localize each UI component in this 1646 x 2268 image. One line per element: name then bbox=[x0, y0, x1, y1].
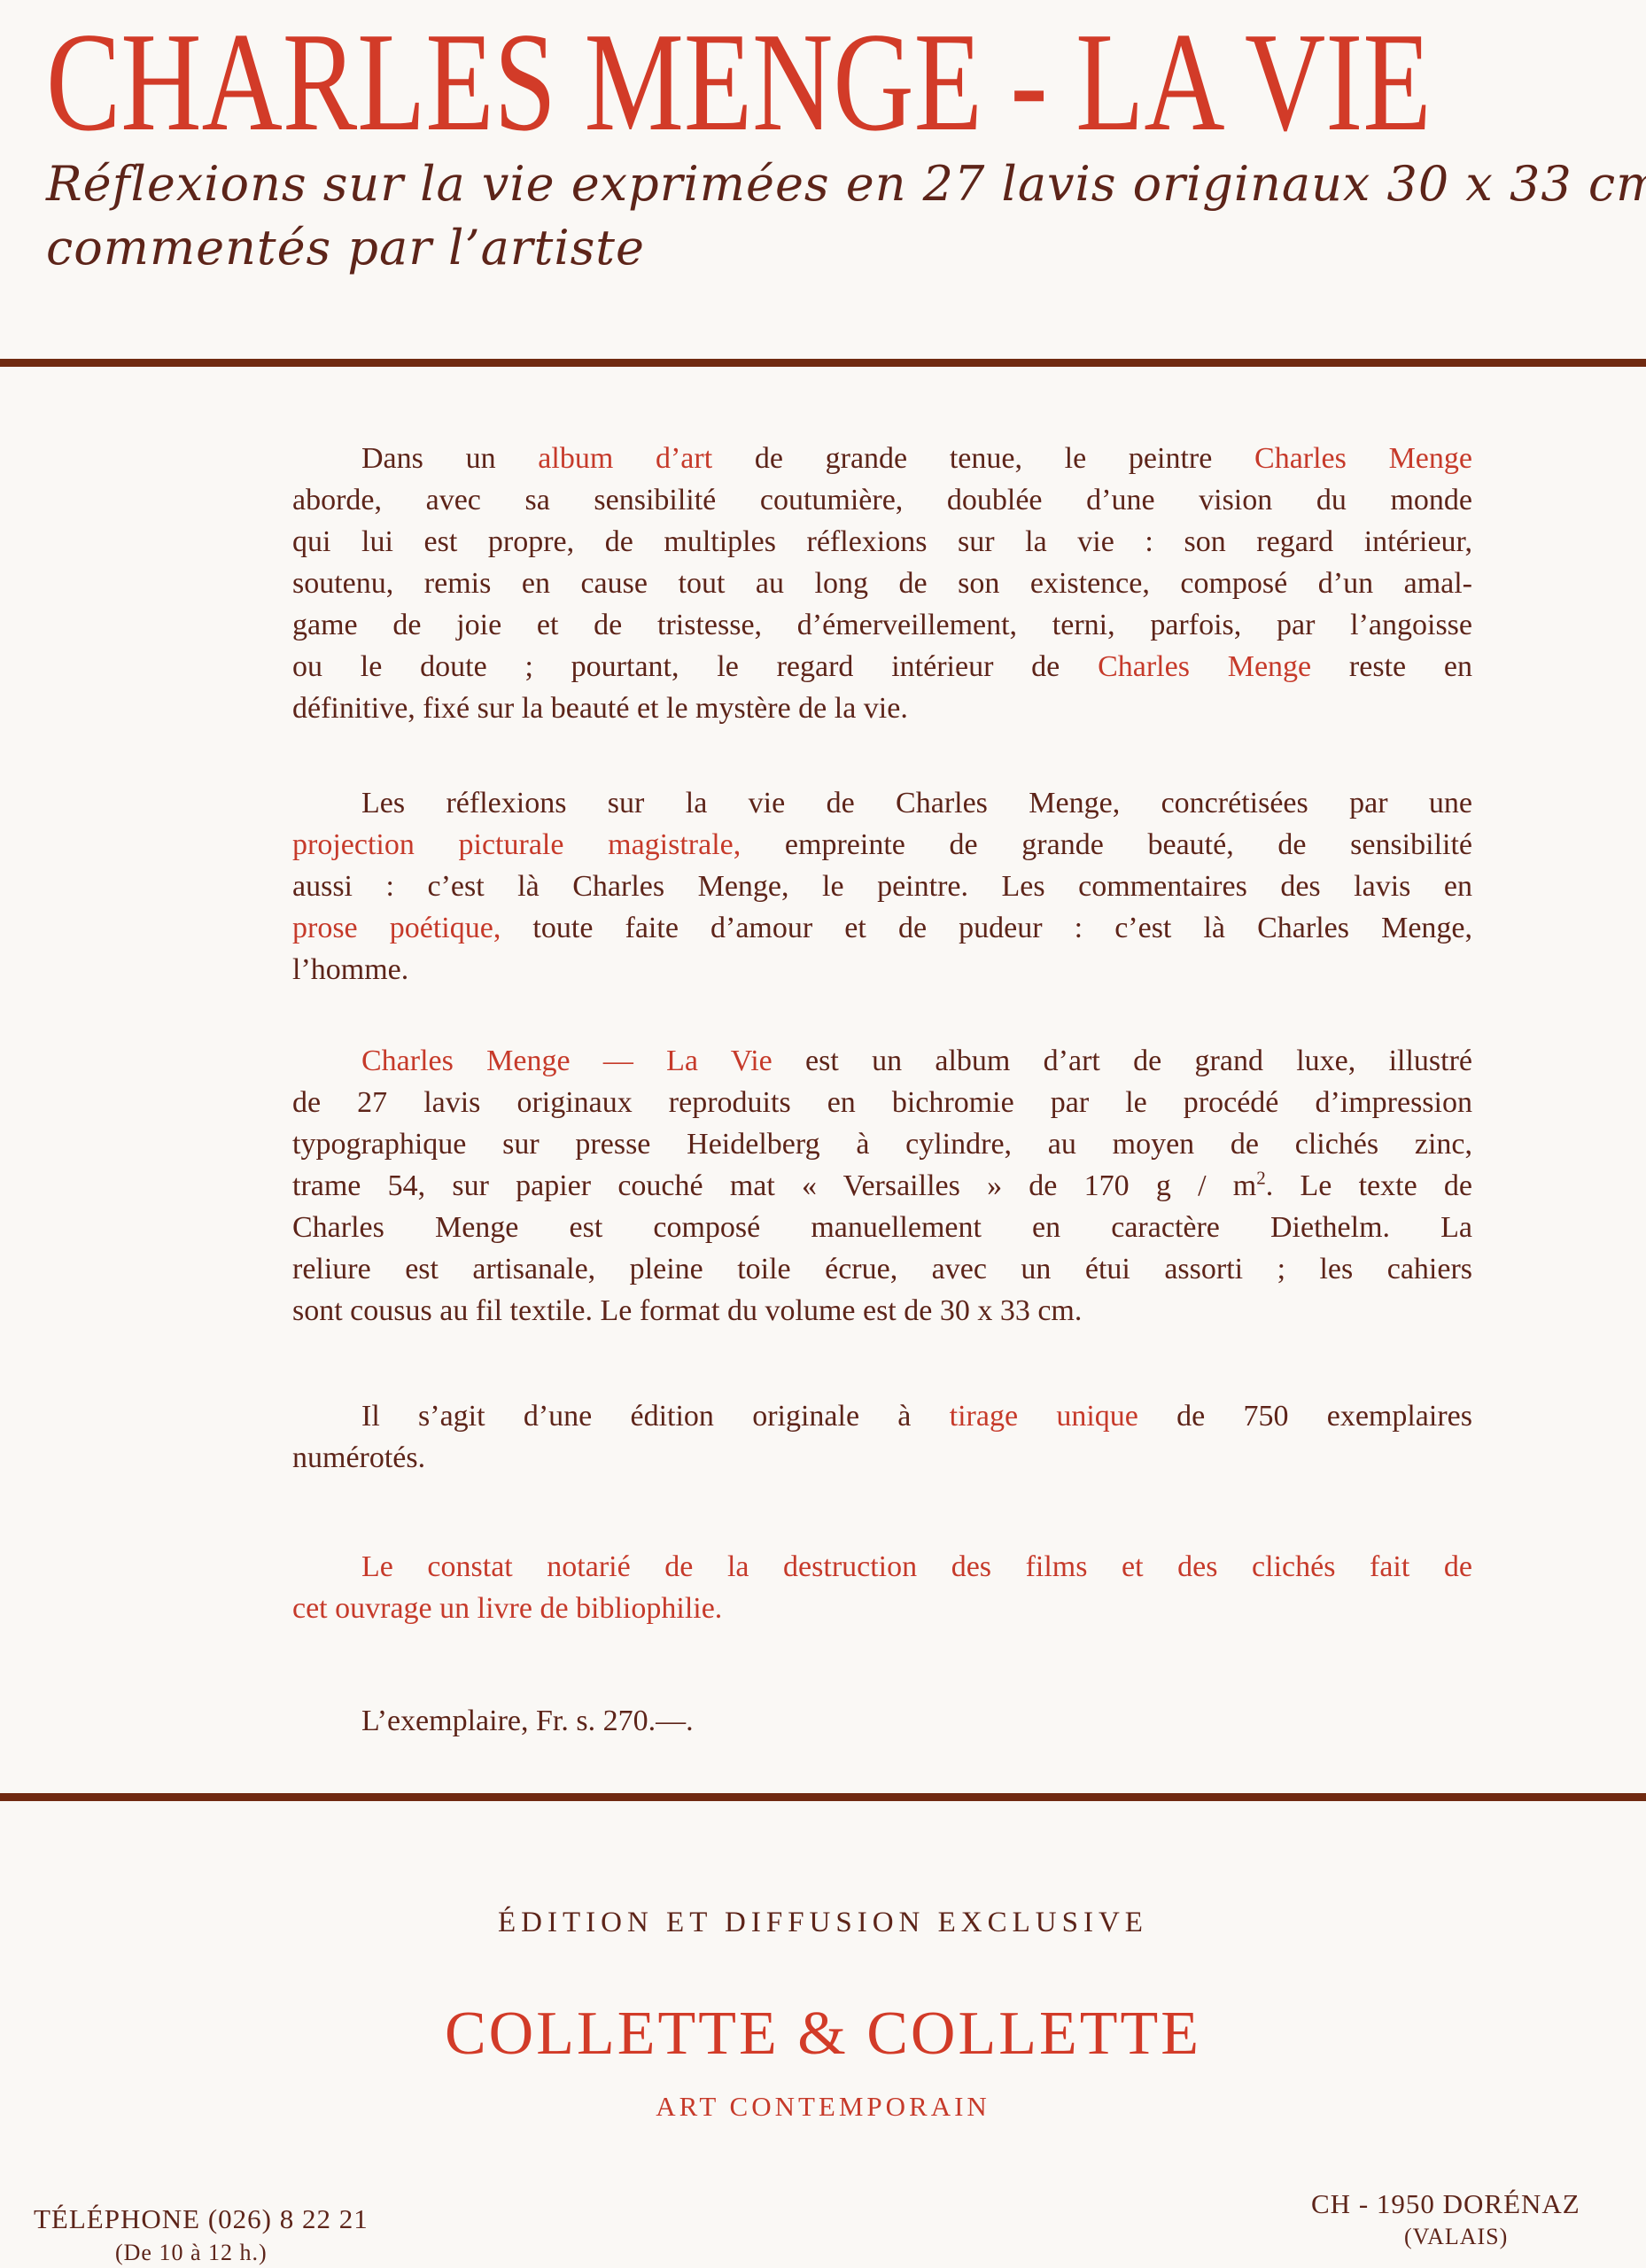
text-line: Les réflexions sur la vie de Charles Men… bbox=[292, 782, 1472, 824]
highlight-text: Le constat notarié de la destruction des… bbox=[361, 1550, 1472, 1583]
footer-region: (VALAIS) bbox=[1404, 2224, 1508, 2250]
text-line: Dans un album d’art de grande tenue, le … bbox=[292, 438, 1472, 479]
body-text: aussi : c’est là Charles Menge, le peint… bbox=[292, 870, 1472, 903]
body-text: Il s’agit d’une édition originale à bbox=[361, 1400, 950, 1433]
highlight-text: album d’art bbox=[538, 442, 712, 475]
paragraph: Charles Menge — La Vie est un album d’ar… bbox=[292, 1040, 1472, 1332]
page-title: CHARLES MENGE - LA VIE bbox=[46, 7, 1432, 156]
highlight-text: Charles Menge bbox=[1254, 442, 1472, 475]
text-line: soutenu, remis en cause tout au long de … bbox=[292, 563, 1472, 604]
body-text: est un album d’art de grand luxe, illust… bbox=[773, 1045, 1472, 1077]
highlight-text: Charles Menge — La Vie bbox=[361, 1045, 773, 1077]
text-line: Charles Menge est composé manuellement e… bbox=[292, 1207, 1472, 1248]
publisher-tagline: ART CONTEMPORAIN bbox=[0, 2091, 1646, 2123]
publisher-name: COLLETTE & COLLETTE bbox=[0, 1999, 1646, 2070]
body-text: qui lui est propre, de multiples réflexi… bbox=[292, 525, 1472, 558]
text-line: aborde, avec sa sensibilité coutumière, … bbox=[292, 479, 1472, 521]
body-text: . Le texte de bbox=[1266, 1169, 1472, 1202]
body-text: définitive, fixé sur la beauté et le mys… bbox=[292, 692, 908, 725]
bottom-rule bbox=[0, 1793, 1646, 1801]
body-text: ou le doute ; pourtant, le regard intéri… bbox=[292, 650, 1098, 683]
text-line: ou le doute ; pourtant, le regard intéri… bbox=[292, 646, 1472, 687]
body-text: reste en bbox=[1311, 650, 1472, 683]
highlight-text: cet ouvrage un livre de bibliophilie. bbox=[292, 1592, 722, 1625]
highlight-text: prose poétique, bbox=[292, 912, 501, 944]
subtitle-line-1: Réflexions sur la vie exprimées en 27 la… bbox=[46, 152, 1646, 216]
paragraph: Il s’agit d’une édition originale à tira… bbox=[292, 1395, 1472, 1479]
body-text: de grande tenue, le peintre bbox=[712, 442, 1254, 475]
text-line: numérotés. bbox=[292, 1437, 1472, 1479]
body-text: empreinte de grande beauté, de sensibili… bbox=[741, 828, 1472, 861]
body-paragraphs: Dans un album d’art de grande tenue, le … bbox=[292, 438, 1472, 1742]
text-line: prose poétique, toute faite d’amour et d… bbox=[292, 907, 1472, 949]
top-rule bbox=[0, 359, 1646, 367]
body-text: game de joie et de tristesse, d’émerveil… bbox=[292, 609, 1472, 641]
text-line: cet ouvrage un livre de bibliophilie. bbox=[292, 1588, 1472, 1629]
text-line: aussi : c’est là Charles Menge, le peint… bbox=[292, 866, 1472, 907]
publisher-heading: ÉDITION ET DIFFUSION EXCLUSIVE bbox=[0, 1907, 1646, 1939]
text-line: typographique sur presse Heidelberg à cy… bbox=[292, 1123, 1472, 1165]
body-text: Dans un bbox=[361, 442, 538, 475]
text-line: définitive, fixé sur la beauté et le mys… bbox=[292, 687, 1472, 729]
body-text: typographique sur presse Heidelberg à cy… bbox=[292, 1128, 1472, 1161]
body-text: sont cousus au fil textile. Le format du… bbox=[292, 1294, 1082, 1327]
text-line: game de joie et de tristesse, d’émerveil… bbox=[292, 604, 1472, 646]
paragraph: L’exemplaire, Fr. s. 270.—. bbox=[292, 1700, 1472, 1742]
highlight-text: projection picturale magistrale, bbox=[292, 828, 741, 861]
body-text: trame 54, sur papier couché mat « Versai… bbox=[292, 1169, 1256, 1202]
body-text: 2 bbox=[1256, 1168, 1266, 1189]
text-line: Charles Menge — La Vie est un album d’ar… bbox=[292, 1040, 1472, 1082]
body-text: l’homme. bbox=[292, 953, 408, 986]
body-text: Charles Menge est composé manuellement e… bbox=[292, 1211, 1472, 1244]
text-line: projection picturale magistrale, emprein… bbox=[292, 824, 1472, 866]
text-line: qui lui est propre, de multiples réflexi… bbox=[292, 521, 1472, 563]
footer-address: CH - 1950 DORÉNAZ bbox=[1311, 2188, 1580, 2220]
text-line: Il s’agit d’une édition originale à tira… bbox=[292, 1395, 1472, 1437]
body-text: de 27 lavis originaux reproduits en bich… bbox=[292, 1086, 1472, 1119]
body-text: soutenu, remis en cause tout au long de … bbox=[292, 567, 1472, 600]
text-line: l’homme. bbox=[292, 949, 1472, 990]
body-text: Les réflexions sur la vie de Charles Men… bbox=[361, 787, 1472, 819]
body-text: numérotés. bbox=[292, 1441, 425, 1474]
paragraph: Dans un album d’art de grande tenue, le … bbox=[292, 438, 1472, 729]
footer-phone: TÉLÉPHONE (026) 8 22 21 bbox=[34, 2203, 369, 2235]
text-line: trame 54, sur papier couché mat « Versai… bbox=[292, 1165, 1472, 1207]
highlight-text: tirage unique bbox=[950, 1400, 1138, 1433]
subtitle: Réflexions sur la vie exprimées en 27 la… bbox=[46, 152, 1646, 280]
body-text: aborde, avec sa sensibilité coutumière, … bbox=[292, 484, 1472, 517]
paragraph: Les réflexions sur la vie de Charles Men… bbox=[292, 782, 1472, 990]
prospectus-page: CHARLES MENGE - LA VIE Réflexions sur la… bbox=[0, 0, 1646, 2268]
subtitle-line-2: commentés par l’artiste bbox=[46, 216, 1646, 280]
body-text: toute faite d’amour et de pudeur : c’est… bbox=[501, 912, 1472, 944]
body-text: L’exemplaire, Fr. s. 270.—. bbox=[361, 1705, 694, 1737]
footer-phone-hours: (De 10 à 12 h.) bbox=[115, 2240, 268, 2266]
text-line: L’exemplaire, Fr. s. 270.—. bbox=[292, 1700, 1472, 1742]
body-text: de 750 exemplaires bbox=[1138, 1400, 1472, 1433]
text-line: Le constat notarié de la destruction des… bbox=[292, 1546, 1472, 1588]
body-text: reliure est artisanale, pleine toile écr… bbox=[292, 1253, 1472, 1285]
text-line: de 27 lavis originaux reproduits en bich… bbox=[292, 1082, 1472, 1123]
text-line: sont cousus au fil textile. Le format du… bbox=[292, 1290, 1472, 1332]
highlight-text: Charles Menge bbox=[1098, 650, 1311, 683]
paragraph: Le constat notarié de la destruction des… bbox=[292, 1546, 1472, 1629]
text-line: reliure est artisanale, pleine toile écr… bbox=[292, 1248, 1472, 1290]
